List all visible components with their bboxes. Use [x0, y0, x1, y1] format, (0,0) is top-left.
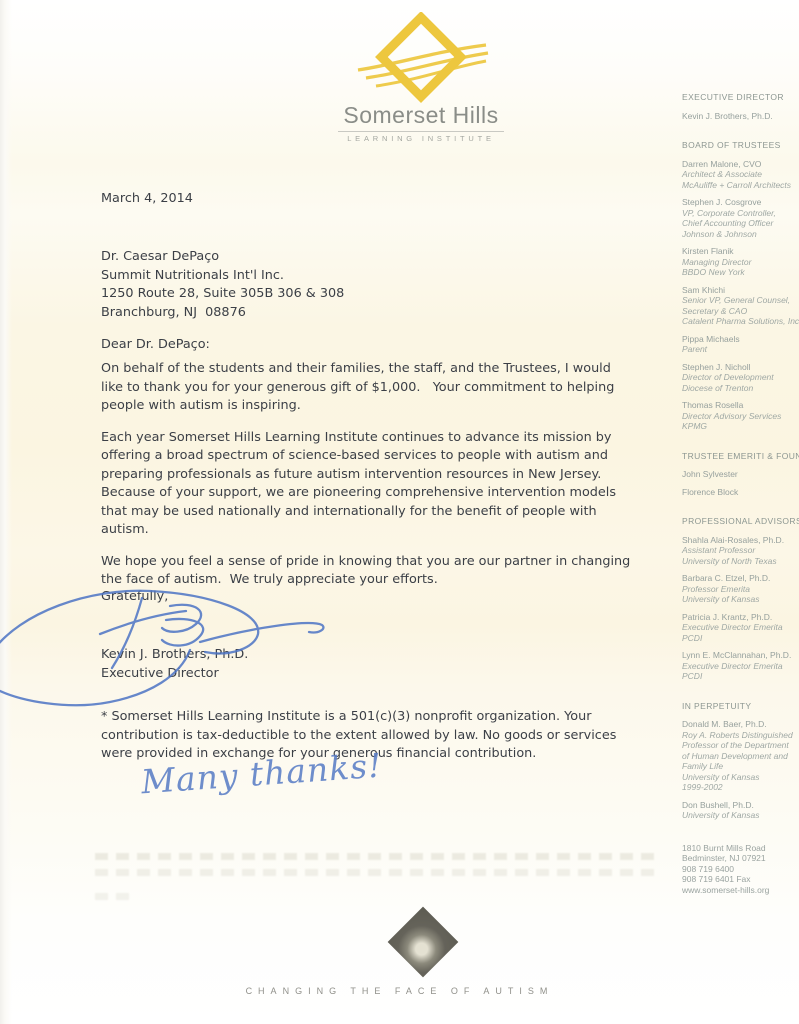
sidebar-entry-detail: BBDO New York: [682, 267, 799, 278]
sidebar-entry-detail: Architect & Associate: [682, 169, 799, 180]
salutation: Dear Dr. DePaço:: [101, 336, 210, 355]
sidebar-entry: Stephen J. CosgroveVP, Corporate Control…: [682, 197, 799, 239]
letter-paragraph: We hope you feel a sense of pride in kno…: [101, 553, 630, 590]
sidebar-section-heading: TRUSTEE EMERITI & FOUNDERS: [682, 451, 799, 462]
sidebar-entry-detail: University of Kansas: [682, 772, 799, 783]
sidebar-entry-detail: VP, Corporate Controller,: [682, 208, 799, 219]
sidebar-entry-name: Thomas Rosella: [682, 400, 799, 411]
sidebar-entry: Barbara C. Etzel, Ph.D.Professor Emerita…: [682, 573, 799, 605]
sidebar-entry-name: Patricia J. Krantz, Ph.D.: [682, 612, 799, 623]
sidebar-section-heading: EXECUTIVE DIRECTOR: [682, 92, 799, 103]
sidebar-entry-detail: Senior VP, General Counsel,: [682, 295, 799, 306]
sidebar-entry-detail: Family Life: [682, 761, 799, 772]
sidebar-entry: Stephen J. NichollDirector of Developmen…: [682, 362, 799, 394]
sidebar-entry-name: Stephen J. Cosgrove: [682, 197, 799, 208]
sidebar-entry: Patricia J. Krantz, Ph.D.Executive Direc…: [682, 612, 799, 644]
sidebar-section: IN PERPETUITYDonald M. Baer, Ph.D.Roy A.…: [682, 701, 799, 821]
contact-line: 908 719 6401 Fax: [682, 874, 799, 885]
contact-line: 1810 Burnt Mills Road: [682, 843, 799, 854]
contact-line: Bedminster, NJ 07921: [682, 853, 799, 864]
letter-paragraphs: On behalf of the students and their fami…: [101, 360, 630, 603]
sidebar-entry: Pippa MichaelsParent: [682, 334, 799, 355]
sidebar-entry: Thomas RosellaDirector Advisory Services…: [682, 400, 799, 432]
letter-paragraph: On behalf of the students and their fami…: [101, 360, 630, 416]
institute-name: Somerset Hills: [323, 102, 519, 129]
sidebar-section-heading: PROFESSIONAL ADVISORS: [682, 516, 799, 527]
sidebar-section: TRUSTEE EMERITI & FOUNDERSJohn Sylvester…: [682, 451, 799, 498]
sidebar-entry-detail: of Human Development and: [682, 751, 799, 762]
sidebar-entry: Kevin J. Brothers, Ph.D.: [682, 111, 799, 122]
contact-line: www.somerset-hills.org: [682, 885, 799, 896]
bleed-through-text: [95, 869, 660, 876]
sidebar-entry-name: Stephen J. Nicholl: [682, 362, 799, 373]
closing: Gratefully,: [101, 588, 168, 607]
bleed-through-text: [95, 853, 655, 860]
sidebar-entry-detail: KPMG: [682, 421, 799, 432]
sidebar-entry-detail: Director of Development: [682, 372, 799, 383]
sidebar-entry-detail: Professor Emerita: [682, 584, 799, 595]
sidebar-entry-detail: University of Kansas: [682, 594, 799, 605]
letterhead-sidebar: EXECUTIVE DIRECTORKevin J. Brothers, Ph.…: [682, 92, 799, 895]
sidebar-entry: Kirsten FlanikManaging DirectorBBDO New …: [682, 246, 799, 278]
contact-block: 1810 Burnt Mills RoadBedminster, NJ 0792…: [682, 843, 799, 896]
logo-diamond-icon: [336, 12, 506, 104]
sidebar-entry-detail: Roy A. Roberts Distinguished: [682, 730, 799, 741]
sidebar-entry-detail: Catalent Pharma Solutions, Inc: [682, 316, 799, 327]
letter-date: March 4, 2014: [101, 190, 193, 209]
recipient-address: Dr. Caesar DePaço Summit Nutritionals In…: [101, 248, 344, 322]
sidebar-section: BOARD OF TRUSTEESDarren Malone, CVOArchi…: [682, 140, 799, 432]
sidebar-entry-name: Lynn E. McClannahan, Ph.D.: [682, 650, 799, 661]
sidebar-entry-detail: Parent: [682, 344, 799, 355]
sidebar-entry-detail: PCDI: [682, 633, 799, 644]
sidebar-entry: Sam KhichiSenior VP, General Counsel,Sec…: [682, 285, 799, 327]
logo-divider: [338, 131, 504, 132]
sidebar-entry-name: Barbara C. Etzel, Ph.D.: [682, 573, 799, 584]
sidebar-entry-detail: Director Advisory Services: [682, 411, 799, 422]
scanned-letter-page: Somerset Hills LEARNING INSTITUTE EXECUT…: [0, 0, 799, 1024]
sidebar-entry-detail: University of North Texas: [682, 556, 799, 567]
sidebar-entry-detail: University of Kansas: [682, 810, 799, 821]
sidebar-entry: Don Bushell, Ph.D.University of Kansas: [682, 800, 799, 821]
sidebar-sections: EXECUTIVE DIRECTORKevin J. Brothers, Ph.…: [682, 92, 799, 821]
sidebar-entry-detail: PCDI: [682, 671, 799, 682]
sidebar-entry-name: Donald M. Baer, Ph.D.: [682, 719, 799, 730]
institute-logo: Somerset Hills LEARNING INSTITUTE: [323, 12, 519, 143]
sidebar-entry-detail: McAuliffe + Carroll Architects: [682, 180, 799, 191]
footer-diamond-photo-icon: [388, 907, 459, 978]
sidebar-section-heading: BOARD OF TRUSTEES: [682, 140, 799, 151]
handwritten-note: Many thanks!: [141, 757, 383, 792]
sidebar-entry-detail: Chief Accounting Officer: [682, 218, 799, 229]
bleed-through-text: [95, 893, 137, 900]
sidebar-section-heading: IN PERPETUITY: [682, 701, 799, 712]
sidebar-entry-name: Sam Khichi: [682, 285, 799, 296]
letter-paragraph: Each year Somerset Hills Learning Instit…: [101, 429, 630, 540]
sidebar-entry-name: Kirsten Flanik: [682, 246, 799, 257]
sidebar-entry-detail: Executive Director Emerita: [682, 622, 799, 633]
sidebar-entry: John Sylvester: [682, 469, 799, 480]
sidebar-entry: Lynn E. McClannahan, Ph.D.Executive Dire…: [682, 650, 799, 682]
sidebar-entry-name: Florence Block: [682, 487, 799, 498]
sidebar-entry-detail: 1999-2002: [682, 782, 799, 793]
sidebar-entry-detail: Executive Director Emerita: [682, 661, 799, 672]
sidebar-entry-detail: Professor of the Department: [682, 740, 799, 751]
sidebar-entry-name: Kevin J. Brothers, Ph.D.: [682, 111, 799, 122]
sidebar-entry-detail: Assistant Professor: [682, 545, 799, 556]
contact-line: 908 719 6400: [682, 864, 799, 875]
institute-subtitle: LEARNING INSTITUTE: [323, 134, 519, 143]
sidebar-entry-name: Darren Malone, CVO: [682, 159, 799, 170]
sidebar-section: PROFESSIONAL ADVISORSShahla Alai-Rosales…: [682, 516, 799, 682]
sidebar-entry: Florence Block: [682, 487, 799, 498]
sidebar-entry-name: John Sylvester: [682, 469, 799, 480]
sidebar-entry-detail: Diocese of Trenton: [682, 383, 799, 394]
sidebar-entry: Darren Malone, CVOArchitect & AssociateM…: [682, 159, 799, 191]
sidebar-entry-name: Pippa Michaels: [682, 334, 799, 345]
signer-name: Kevin J. Brothers, Ph.D.: [101, 646, 248, 665]
sidebar-entry-detail: Secretary & CAO: [682, 306, 799, 317]
sidebar-entry: Shahla Alai-Rosales, Ph.D.Assistant Prof…: [682, 535, 799, 567]
sidebar-section: EXECUTIVE DIRECTORKevin J. Brothers, Ph.…: [682, 92, 799, 121]
signer-block: Kevin J. Brothers, Ph.D. Executive Direc…: [101, 646, 248, 683]
signer-title: Executive Director: [101, 665, 248, 684]
sidebar-entry: Donald M. Baer, Ph.D.Roy A. Roberts Dist…: [682, 719, 799, 793]
tagline: CHANGING THE FACE OF AUTISM: [0, 986, 799, 996]
sidebar-entry-name: Don Bushell, Ph.D.: [682, 800, 799, 811]
sidebar-entry-detail: Johnson & Johnson: [682, 229, 799, 240]
sidebar-entry-detail: Managing Director: [682, 257, 799, 268]
sidebar-entry-name: Shahla Alai-Rosales, Ph.D.: [682, 535, 799, 546]
